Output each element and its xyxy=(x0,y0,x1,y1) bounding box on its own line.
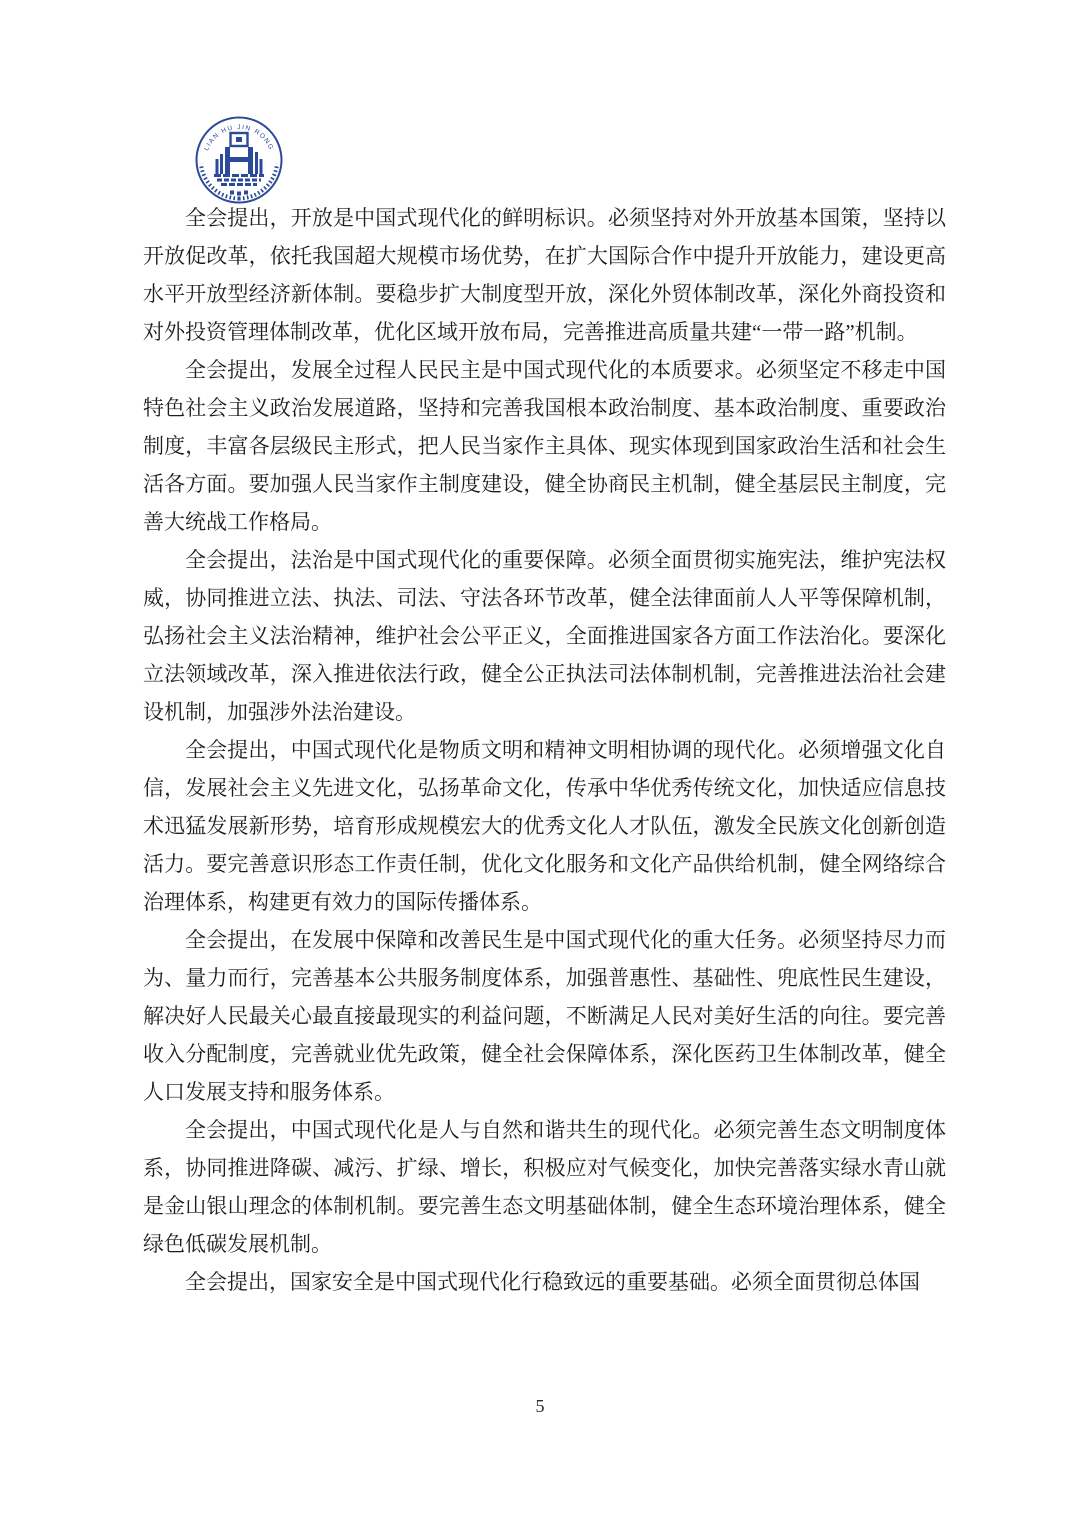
paragraph-national-security: 全会提出，国家安全是中国式现代化行稳致远的重要基础。必须全面贯彻总体国 xyxy=(143,1263,946,1301)
paragraph-rule-of-law: 全会提出，法治是中国式现代化的重要保障。必须全面贯彻实施宪法，维护宪法权威，协同… xyxy=(143,541,946,731)
document-page: LIAN HU JIN RONG 全会 xyxy=(0,0,1080,1527)
paragraph-culture: 全会提出，中国式现代化是物质文明和精神文明相协调的现代化。必须增强文化自信，发展… xyxy=(143,731,946,921)
paragraph-opening-up: 全会提出，开放是中国式现代化的鲜明标识。必须坚持对外开放基本国策，坚持以开放促改… xyxy=(143,199,946,351)
institution-seal-logo: LIAN HU JIN RONG xyxy=(194,114,284,204)
page-number: 5 xyxy=(0,1396,1080,1417)
paragraph-livelihood: 全会提出，在发展中保障和改善民生是中国式现代化的重大任务。必须坚持尽力而为、量力… xyxy=(143,921,946,1111)
document-body: 全会提出，开放是中国式现代化的鲜明标识。必须坚持对外开放基本国策，坚持以开放促改… xyxy=(143,199,946,1301)
paragraph-ecology: 全会提出，中国式现代化是人与自然和谐共生的现代化。必须完善生态文明制度体系，协同… xyxy=(143,1111,946,1263)
seal-building-icon xyxy=(214,133,264,196)
paragraph-democracy: 全会提出，发展全过程人民民主是中国式现代化的本质要求。必须坚定不移走中国特色社会… xyxy=(143,351,946,541)
